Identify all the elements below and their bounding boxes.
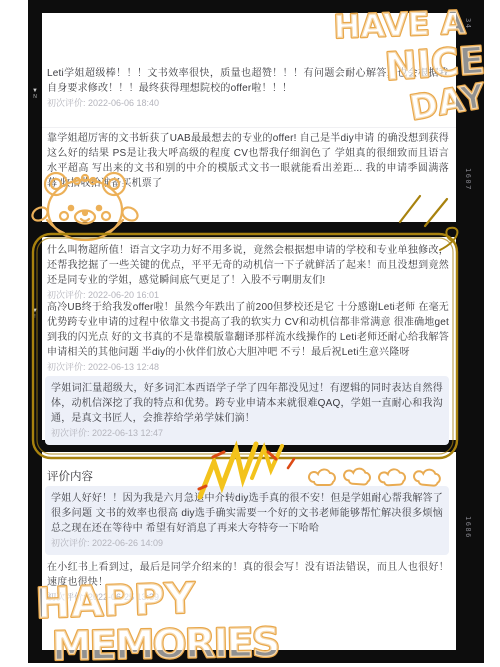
film-mark-label: ! xyxy=(30,314,40,320)
film-number: 1686 xyxy=(464,516,472,539)
review-text: Leti学姐超级棒！！！文书效率很快，质量也超赞！！！有问题会耐心解答，也会根据… xyxy=(47,66,449,96)
review-collage-page: 34 1607 1686 ▼N ▼! Leti学姐超级棒！！！文书效率很快，质量… xyxy=(0,0,500,667)
film-number: 34 xyxy=(464,18,472,29)
review-card-highlighted: 学姐人好好！！因为我是六月急退中介转diy选手真的很不安！但是学姐耐心帮我解答了… xyxy=(45,486,449,555)
review-card: 什么叫物超所值！语言文字功力好不用多说，竟然会根据想申请的学校和专业单独修改，还… xyxy=(47,243,449,302)
review-card: 高冷UB终于给我发offer啦！虽然今年跌出了前200但梦校还是它 十分感谢Le… xyxy=(47,300,449,374)
review-text: 在小红书上看到过，最后是同学介绍来的！真的很会写！没有语法错误，而且人也很好！速… xyxy=(47,560,449,590)
review-card: 在小红书上看到过，最后是同学介绍来的！真的很会写！没有语法错误，而且人也很好！速… xyxy=(47,560,449,604)
card-divider xyxy=(42,127,456,128)
review-date: 初次评价: 2022-06-13 12:48 xyxy=(47,361,449,374)
film-mark-label: N xyxy=(30,94,40,100)
review-date: 初次评价: 2022-06-26 14:09 xyxy=(51,537,443,550)
review-date: 初次评价: 2022-06-25 13:39 xyxy=(47,591,449,604)
review-text: 什么叫物超所值！语言文字功力好不用多说，竟然会根据想申请的学校和专业单独修改，还… xyxy=(47,243,449,288)
film-mark: ▼! xyxy=(30,308,40,320)
review-card-highlighted: 学姐词汇量超级大，好多词汇本西语学子学了四年都没见过！有逻辑的同时表达自然得体，… xyxy=(45,376,449,445)
section-title: 评价内容 xyxy=(47,468,93,484)
review-text: 学姐人好好！！因为我是六月急退中介转diy选手真的很不安！但是学姐耐心帮我解答了… xyxy=(51,491,443,536)
review-text: 学姐词汇量超级大，好多词汇本西语学子学了四年都没见过！有逻辑的同时表达自然得体，… xyxy=(51,381,443,426)
review-card: 靠学姐超厉害的文书斩获了UAB最最想去的专业的offer! 自己是半diy申请 … xyxy=(47,131,449,191)
review-text: 靠学姐超厉害的文书斩获了UAB最最想去的专业的offer! 自己是半diy申请 … xyxy=(47,131,449,191)
review-text: 高冷UB终于给我发offer啦！虽然今年跌出了前200但梦校还是它 十分感谢Le… xyxy=(47,300,449,360)
film-number: 1607 xyxy=(464,168,472,191)
review-date: 初次评价: 2022-06-13 12:47 xyxy=(51,427,443,440)
review-card: Leti学姐超级棒！！！文书效率很快，质量也超赞！！！有问题会耐心解答，也会根据… xyxy=(47,66,449,110)
film-mark: ▼N xyxy=(30,88,40,100)
review-date: 初次评价: 2022-06-06 18:40 xyxy=(47,97,449,110)
